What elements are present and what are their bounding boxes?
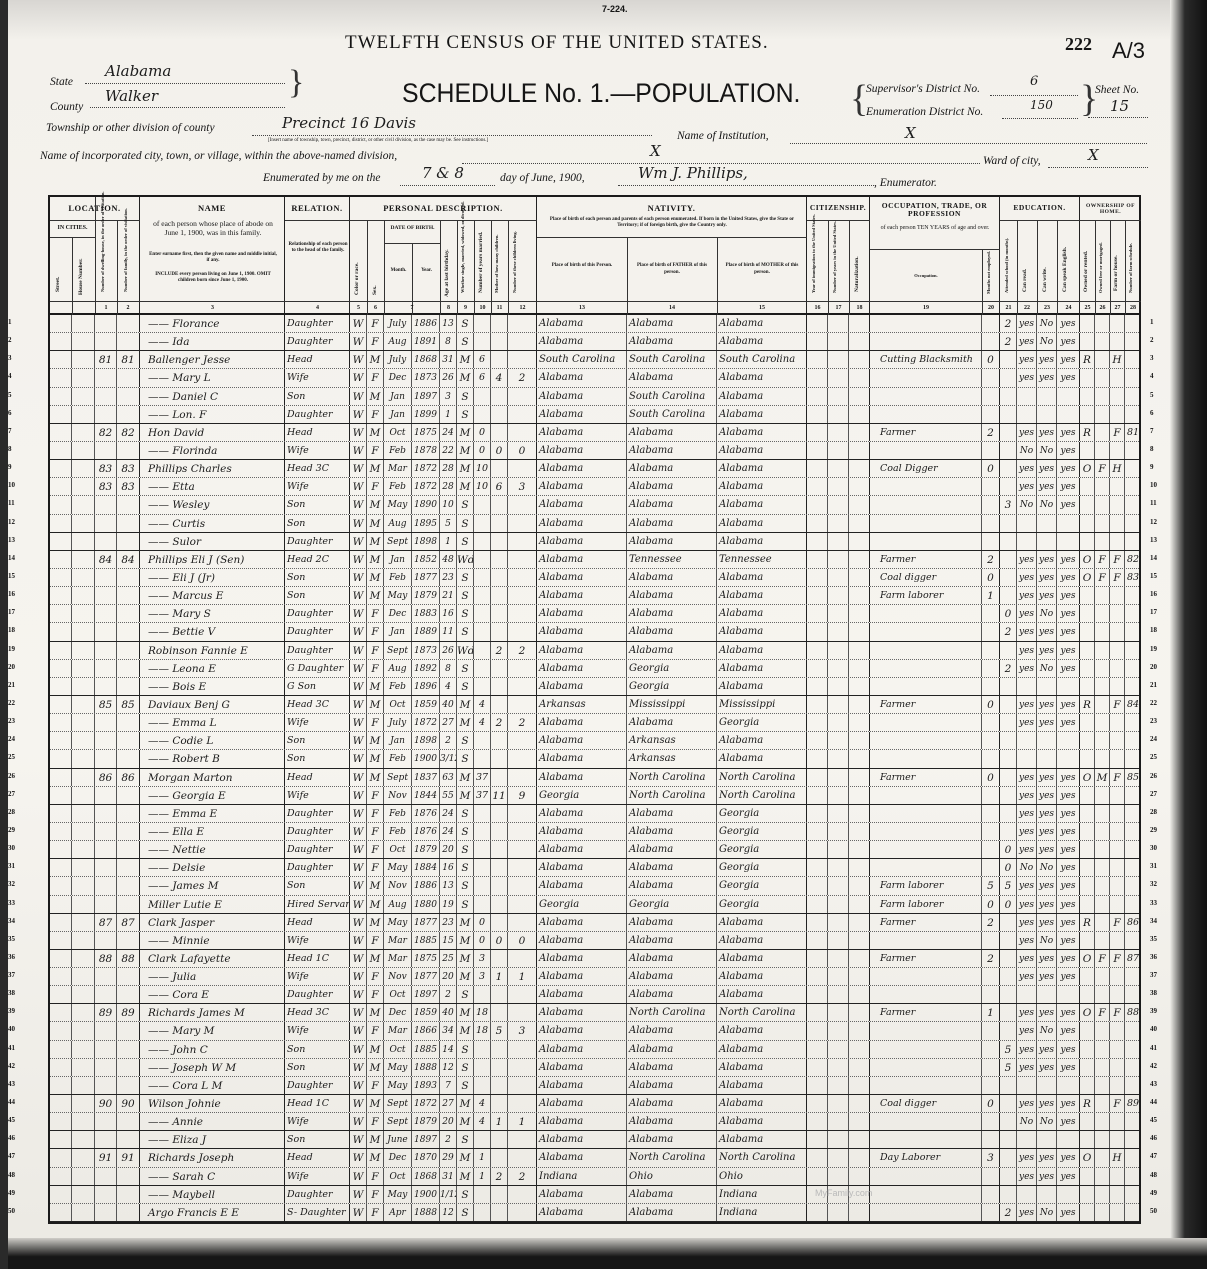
naturalization-cell bbox=[849, 914, 870, 931]
speak-english-cell: yes bbox=[1057, 1059, 1080, 1076]
can-read-cell: yes bbox=[1017, 877, 1037, 894]
immigration-cell bbox=[807, 678, 828, 695]
naturalization-cell bbox=[849, 1204, 870, 1221]
mother-of-cell bbox=[491, 515, 508, 532]
attended-school-cell bbox=[1000, 714, 1017, 731]
immigration-cell bbox=[807, 750, 828, 767]
free-mortgaged-cell bbox=[1095, 986, 1110, 1003]
can-read-cell: yes bbox=[1017, 896, 1037, 913]
birthplace-mother-cell: Alabama bbox=[717, 932, 807, 949]
birthplace-mother-cell: Alabama bbox=[717, 478, 807, 495]
months-unemployed-cell: 3 bbox=[982, 1149, 1000, 1166]
dwelling-cell bbox=[95, 569, 117, 586]
line-number-left: 7 bbox=[8, 427, 12, 435]
sex-cell: M bbox=[367, 1059, 384, 1076]
speak-english-cell bbox=[1057, 533, 1080, 550]
sex-cell: M bbox=[367, 551, 384, 568]
dwelling-cell bbox=[95, 823, 117, 840]
birthplace-father-cell: Georgia bbox=[627, 896, 717, 913]
immigration-cell bbox=[807, 914, 828, 931]
years-in-us-cell bbox=[828, 333, 849, 350]
name-cell: —— Wesley bbox=[140, 496, 285, 513]
occupation-cell bbox=[870, 1077, 982, 1094]
naturalization-cell bbox=[849, 623, 870, 640]
dwelling-cell bbox=[95, 1186, 117, 1203]
free-mortgaged-cell: F bbox=[1095, 950, 1110, 967]
birthplace-person-cell: Alabama bbox=[537, 932, 627, 949]
attended-school-cell bbox=[1000, 932, 1017, 949]
sheet-value: 15 bbox=[1110, 97, 1129, 115]
birthplace-mother-cell: Georgia bbox=[717, 805, 807, 822]
can-write-cell: yes bbox=[1037, 1168, 1057, 1185]
naturalization-cell bbox=[849, 642, 870, 659]
ward-field: X bbox=[1048, 150, 1148, 168]
marital-cell: S bbox=[457, 315, 474, 332]
family-cell bbox=[117, 805, 140, 822]
birthplace-person-cell: Alabama bbox=[537, 1041, 627, 1058]
birth-year-cell: 1898 bbox=[412, 533, 440, 550]
farm-schedule-cell bbox=[1125, 1113, 1141, 1130]
birthplace-father-cell: Alabama bbox=[627, 569, 717, 586]
color-cell: W bbox=[350, 587, 367, 604]
age-cell: 28 bbox=[440, 478, 457, 495]
immigration-cell bbox=[807, 1204, 828, 1221]
mother-of-cell: 4 bbox=[491, 369, 508, 386]
birthplace-father-cell: Alabama bbox=[627, 932, 717, 949]
can-write-cell: yes bbox=[1037, 787, 1057, 804]
owned-rented-cell: R bbox=[1080, 914, 1095, 931]
sex-cell: F bbox=[367, 406, 384, 423]
color-cell: W bbox=[350, 369, 367, 386]
relation-cell: Son bbox=[285, 587, 350, 604]
years-married-cell bbox=[474, 315, 491, 332]
immigration-cell bbox=[807, 605, 828, 622]
can-read-cell: yes bbox=[1017, 1059, 1037, 1076]
house-number-cell bbox=[72, 841, 95, 858]
street-cell bbox=[50, 1022, 72, 1039]
dwelling-cell: 89 bbox=[95, 1004, 117, 1021]
birth-month-cell: Jan bbox=[384, 623, 412, 640]
free-mortgaged-cell bbox=[1095, 406, 1110, 423]
attended-school-cell bbox=[1000, 1168, 1017, 1185]
birth-year-cell: 1877 bbox=[412, 968, 440, 985]
farm-house-cell bbox=[1110, 678, 1125, 695]
dwelling-cell: 81 bbox=[95, 351, 117, 368]
age-cell: 20 bbox=[440, 1113, 457, 1130]
attended-school-cell: 2 bbox=[1000, 333, 1017, 350]
birthplace-person-cell: Indiana bbox=[537, 1168, 627, 1185]
can-write-cell: yes bbox=[1037, 823, 1057, 840]
brace-icon: } bbox=[288, 66, 304, 100]
color-cell: W bbox=[350, 315, 367, 332]
color-cell: W bbox=[350, 660, 367, 677]
name-cell: —— Bettie V bbox=[140, 623, 285, 640]
free-mortgaged-cell bbox=[1095, 787, 1110, 804]
farm-schedule-cell bbox=[1125, 642, 1141, 659]
name-cell: —— Florance bbox=[140, 315, 285, 332]
table-row: 37 —— Julia Wife W F Nov 1877 20 M 3 1 1… bbox=[50, 968, 1139, 986]
color-cell: W bbox=[350, 333, 367, 350]
attended-school-cell bbox=[1000, 823, 1017, 840]
occupation-cell bbox=[870, 333, 982, 350]
house-number-cell bbox=[72, 660, 95, 677]
line-number-right: 9 bbox=[1150, 463, 1154, 471]
birthplace-father-cell: Alabama bbox=[627, 1077, 717, 1094]
birthplace-mother-cell: Alabama bbox=[717, 1059, 807, 1076]
name-cell: Wilson Johnie bbox=[140, 1095, 285, 1112]
years-in-us-cell bbox=[828, 515, 849, 532]
line-number-right: 44 bbox=[1150, 1098, 1157, 1106]
free-mortgaged-cell bbox=[1095, 496, 1110, 513]
months-unemployed-cell bbox=[982, 605, 1000, 622]
house-number-cell bbox=[72, 605, 95, 622]
can-write-cell: yes bbox=[1037, 551, 1057, 568]
ward-label: Ward of city, bbox=[983, 155, 1041, 167]
naturalization-cell bbox=[849, 442, 870, 459]
months-unemployed-cell: 0 bbox=[982, 769, 1000, 786]
age-cell: 13 bbox=[440, 315, 457, 332]
speak-english-cell: yes bbox=[1057, 605, 1080, 622]
street-cell bbox=[50, 569, 72, 586]
years-in-us-cell bbox=[828, 1004, 849, 1021]
relation-cell: Daughter bbox=[285, 406, 350, 423]
occupation-cell bbox=[870, 1113, 982, 1130]
birthplace-mother-cell: Alabama bbox=[717, 496, 807, 513]
can-write-cell: yes bbox=[1037, 1059, 1057, 1076]
dwelling-cell bbox=[95, 515, 117, 532]
line-number-left: 41 bbox=[8, 1044, 15, 1052]
speak-english-cell: yes bbox=[1057, 1095, 1080, 1112]
farm-schedule-cell: 83 bbox=[1125, 569, 1141, 586]
free-mortgaged-cell bbox=[1095, 369, 1110, 386]
occupation-cell bbox=[870, 515, 982, 532]
enumerator-name: Wm J. Phillips, bbox=[638, 164, 748, 182]
sex-cell: F bbox=[367, 714, 384, 731]
mother-of-cell bbox=[491, 859, 508, 876]
sex-cell: F bbox=[367, 315, 384, 332]
months-unemployed-cell: 0 bbox=[982, 351, 1000, 368]
birth-month-cell: Dec bbox=[384, 1149, 412, 1166]
occupation-cell bbox=[870, 1131, 982, 1148]
line-number-left: 17 bbox=[8, 608, 15, 616]
family-cell: 90 bbox=[117, 1095, 140, 1112]
speak-english-cell bbox=[1057, 1186, 1080, 1203]
children-living-cell bbox=[508, 1059, 537, 1076]
marital-cell: M bbox=[457, 1113, 474, 1130]
birthplace-person-cell: Alabama bbox=[537, 460, 627, 477]
naturalization-cell bbox=[849, 841, 870, 858]
name-cell: Richards Joseph bbox=[140, 1149, 285, 1166]
occupation-cell: Coal digger bbox=[870, 569, 982, 586]
owned-rented-cell bbox=[1080, 496, 1095, 513]
dwelling-cell bbox=[95, 388, 117, 405]
naturalization-cell bbox=[849, 351, 870, 368]
naturalization-cell bbox=[849, 696, 870, 713]
name-cell: —— Mary M bbox=[140, 1022, 285, 1039]
children-living-cell bbox=[508, 406, 537, 423]
house-number-cell bbox=[72, 950, 95, 967]
scan-edge-bottom bbox=[0, 1238, 1207, 1269]
supervisor-label: Supervisor's District No. bbox=[866, 83, 980, 95]
owned-rented-cell bbox=[1080, 406, 1095, 423]
occupation-header: OCCUPATION, TRADE, OR PROFESSION of each… bbox=[870, 197, 1000, 313]
attended-school-cell: 5 bbox=[1000, 1041, 1017, 1058]
birthplace-mother-cell: Alabama bbox=[717, 1113, 807, 1130]
immigration-cell bbox=[807, 496, 828, 513]
birthplace-mother-cell: Ohio bbox=[717, 1168, 807, 1185]
sex-cell: M bbox=[367, 732, 384, 749]
occupation-cell: Cutting Blacksmith bbox=[870, 351, 982, 368]
naturalization-cell bbox=[849, 333, 870, 350]
immigration-cell bbox=[807, 696, 828, 713]
house-number-cell bbox=[72, 569, 95, 586]
family-cell bbox=[117, 587, 140, 604]
line-number-left: 12 bbox=[8, 518, 15, 526]
name-cell: —— Lon. F bbox=[140, 406, 285, 423]
sex-cell: M bbox=[367, 569, 384, 586]
free-mortgaged-cell bbox=[1095, 732, 1110, 749]
birthplace-father-cell: Alabama bbox=[627, 714, 717, 731]
birth-month-cell: Oct bbox=[384, 986, 412, 1003]
birthplace-father-cell: Georgia bbox=[627, 678, 717, 695]
color-cell: W bbox=[350, 950, 367, 967]
dwelling-cell: 86 bbox=[95, 769, 117, 786]
occupation-cell bbox=[870, 442, 982, 459]
line-number-right: 14 bbox=[1150, 554, 1157, 562]
speak-english-cell: yes bbox=[1057, 351, 1080, 368]
owned-rented-cell bbox=[1080, 478, 1095, 495]
birthplace-father-cell: Alabama bbox=[627, 642, 717, 659]
occupation-cell: Farmer bbox=[870, 424, 982, 441]
birthplace-person-cell: Alabama bbox=[537, 605, 627, 622]
birth-year-cell: 1886 bbox=[412, 315, 440, 332]
birthplace-mother-cell: Alabama bbox=[717, 1022, 807, 1039]
months-unemployed-cell bbox=[982, 986, 1000, 1003]
farm-schedule-cell bbox=[1125, 388, 1141, 405]
table-body: 1 —— Florance Daughter W F July 1886 13 … bbox=[50, 315, 1139, 1222]
immigration-cell bbox=[807, 369, 828, 386]
can-write-cell: yes bbox=[1037, 460, 1057, 477]
can-read-cell: yes bbox=[1017, 369, 1037, 386]
birth-year-cell: 1878 bbox=[412, 442, 440, 459]
owned-rented-cell bbox=[1080, 605, 1095, 622]
mother-of-cell bbox=[491, 1004, 508, 1021]
mother-of-cell bbox=[491, 315, 508, 332]
birth-month-cell: Nov bbox=[384, 968, 412, 985]
dwelling-cell bbox=[95, 1131, 117, 1148]
owned-rented-cell bbox=[1080, 1113, 1095, 1130]
can-write-cell: yes bbox=[1037, 914, 1057, 931]
naturalization-cell bbox=[849, 732, 870, 749]
street-cell bbox=[50, 950, 72, 967]
line-number-left: 42 bbox=[8, 1062, 15, 1070]
children-living-cell bbox=[508, 750, 537, 767]
relation-cell: Son bbox=[285, 877, 350, 894]
can-write-cell: No bbox=[1037, 660, 1057, 677]
birthplace-mother-cell: Alabama bbox=[717, 1077, 807, 1094]
months-unemployed-cell bbox=[982, 678, 1000, 695]
street-cell bbox=[50, 1059, 72, 1076]
birth-month-cell: May bbox=[384, 496, 412, 513]
farm-schedule-cell bbox=[1125, 623, 1141, 640]
table-row: 5 —— Daniel C Son W M Jan 1897 3 S Alaba… bbox=[50, 388, 1139, 406]
birth-month-cell: Jan bbox=[384, 406, 412, 423]
house-number-cell bbox=[72, 551, 95, 568]
children-living-cell: 3 bbox=[508, 478, 537, 495]
mother-of-cell bbox=[491, 569, 508, 586]
personal-description-header: PERSONAL DESCRIPTION. Color or race. Sex… bbox=[350, 197, 537, 313]
name-cell: —— Joseph W M bbox=[140, 1059, 285, 1076]
can-write-cell: yes bbox=[1037, 841, 1057, 858]
years-in-us-cell bbox=[828, 587, 849, 604]
birth-year-cell: 1888 bbox=[412, 1059, 440, 1076]
city-value: X bbox=[650, 142, 661, 160]
speak-english-cell bbox=[1057, 515, 1080, 532]
farm-schedule-cell bbox=[1125, 986, 1141, 1003]
color-cell: W bbox=[350, 914, 367, 931]
family-cell bbox=[117, 823, 140, 840]
farm-schedule-cell bbox=[1125, 605, 1141, 622]
street-cell bbox=[50, 388, 72, 405]
occupation-cell bbox=[870, 932, 982, 949]
farm-house-cell: F bbox=[1110, 551, 1125, 568]
birthplace-person-cell: Alabama bbox=[537, 551, 627, 568]
birth-year-cell: 1890 bbox=[412, 496, 440, 513]
attended-school-cell bbox=[1000, 478, 1017, 495]
name-header: NAME of each person whose place of abode… bbox=[140, 197, 285, 313]
farm-schedule-cell bbox=[1125, 1204, 1141, 1221]
can-write-cell bbox=[1037, 406, 1057, 423]
relation-cell: G Daughter bbox=[285, 660, 350, 677]
marital-cell: M bbox=[457, 1095, 474, 1112]
free-mortgaged-cell: F bbox=[1095, 460, 1110, 477]
color-cell: W bbox=[350, 515, 367, 532]
farm-schedule-cell bbox=[1125, 1131, 1141, 1148]
birthplace-father-cell: Arkansas bbox=[627, 732, 717, 749]
years-married-cell bbox=[474, 823, 491, 840]
immigration-cell bbox=[807, 1041, 828, 1058]
immigration-cell bbox=[807, 841, 828, 858]
mother-of-cell bbox=[491, 1204, 508, 1221]
color-cell: W bbox=[350, 442, 367, 459]
table-row: 26 86 86 Morgan Marton Head W M Sept 183… bbox=[50, 769, 1139, 787]
years-married-cell bbox=[474, 750, 491, 767]
name-cell: Clark Lafayette bbox=[140, 950, 285, 967]
family-cell bbox=[117, 750, 140, 767]
relation-cell: Wife bbox=[285, 442, 350, 459]
color-cell: W bbox=[350, 750, 367, 767]
children-living-cell bbox=[508, 678, 537, 695]
color-cell: W bbox=[350, 1077, 367, 1094]
color-cell: W bbox=[350, 642, 367, 659]
house-number-cell bbox=[72, 478, 95, 495]
owned-rented-cell bbox=[1080, 315, 1095, 332]
name-cell: —— Leona E bbox=[140, 660, 285, 677]
children-living-cell bbox=[508, 551, 537, 568]
dwelling-cell bbox=[95, 750, 117, 767]
can-write-cell: yes bbox=[1037, 968, 1057, 985]
family-cell bbox=[117, 1059, 140, 1076]
occupation-cell bbox=[870, 750, 982, 767]
birth-year-cell: 1900 bbox=[412, 1186, 440, 1203]
family-cell: 81 bbox=[117, 351, 140, 368]
naturalization-cell bbox=[849, 769, 870, 786]
farm-house-cell bbox=[1110, 333, 1125, 350]
years-married-cell: 10 bbox=[474, 460, 491, 477]
attended-school-cell bbox=[1000, 950, 1017, 967]
birth-month-cell: July bbox=[384, 714, 412, 731]
owned-rented-cell: O bbox=[1080, 460, 1095, 477]
farm-house-cell: F bbox=[1110, 696, 1125, 713]
can-write-cell bbox=[1037, 388, 1057, 405]
relation-cell: Head 1C bbox=[285, 1095, 350, 1112]
speak-english-cell bbox=[1057, 1131, 1080, 1148]
farm-house-cell bbox=[1110, 369, 1125, 386]
children-living-cell: 1 bbox=[508, 968, 537, 985]
children-living-cell: 2 bbox=[508, 642, 537, 659]
house-number-cell bbox=[72, 932, 95, 949]
enumerator-field: Wm J. Phillips, bbox=[618, 168, 874, 186]
table-row: 17 —— Mary S Daughter W F Dec 1883 16 S … bbox=[50, 605, 1139, 623]
occupation-cell bbox=[870, 496, 982, 513]
birth-year-cell: 1889 bbox=[412, 623, 440, 640]
months-unemployed-cell bbox=[982, 369, 1000, 386]
name-cell: —— Eliza J bbox=[140, 1131, 285, 1148]
can-read-cell: yes bbox=[1017, 478, 1037, 495]
years-in-us-cell bbox=[828, 660, 849, 677]
house-number-cell bbox=[72, 369, 95, 386]
marital-cell: M bbox=[457, 714, 474, 731]
years-married-cell: 1 bbox=[474, 1168, 491, 1185]
table-row: 6 —— Lon. F Daughter W F Jan 1899 1 S Al… bbox=[50, 406, 1139, 424]
farm-house-cell bbox=[1110, 605, 1125, 622]
years-in-us-cell bbox=[828, 1204, 849, 1221]
street-cell bbox=[50, 496, 72, 513]
house-number-cell bbox=[72, 424, 95, 441]
age-cell: 48 bbox=[440, 551, 457, 568]
mother-of-cell bbox=[491, 678, 508, 695]
immigration-cell bbox=[807, 714, 828, 731]
enumeration-field: 150 bbox=[1002, 101, 1078, 119]
birthplace-mother-cell: Alabama bbox=[717, 732, 807, 749]
occupation-cell bbox=[870, 787, 982, 804]
marital-cell: S bbox=[457, 805, 474, 822]
street-cell bbox=[50, 587, 72, 604]
house-number-cell bbox=[72, 460, 95, 477]
sex-cell: M bbox=[367, 424, 384, 441]
can-write-cell bbox=[1037, 732, 1057, 749]
age-cell: 16 bbox=[440, 605, 457, 622]
table-row: 7 82 82 Hon David Head W M Oct 1875 24 M… bbox=[50, 424, 1139, 442]
children-living-cell bbox=[508, 315, 537, 332]
relation-cell: Head bbox=[285, 1149, 350, 1166]
can-write-cell: yes bbox=[1037, 769, 1057, 786]
years-in-us-cell bbox=[828, 932, 849, 949]
farm-house-cell: F bbox=[1110, 769, 1125, 786]
can-write-cell: yes bbox=[1037, 950, 1057, 967]
citizenship-header: CITIZENSHIP. Year of immigration to the … bbox=[807, 197, 870, 313]
street-cell bbox=[50, 1168, 72, 1185]
can-write-cell: yes bbox=[1037, 877, 1057, 894]
marital-cell: S bbox=[457, 623, 474, 640]
attended-school-cell bbox=[1000, 533, 1017, 550]
birth-year-cell: 1879 bbox=[412, 841, 440, 858]
attended-school-cell: 2 bbox=[1000, 623, 1017, 640]
children-living-cell bbox=[508, 1131, 537, 1148]
free-mortgaged-cell bbox=[1095, 351, 1110, 368]
birth-year-cell: 1868 bbox=[412, 351, 440, 368]
ownership-header: OWNERSHIP OF HOME. Owned or rented. Owne… bbox=[1080, 197, 1141, 313]
